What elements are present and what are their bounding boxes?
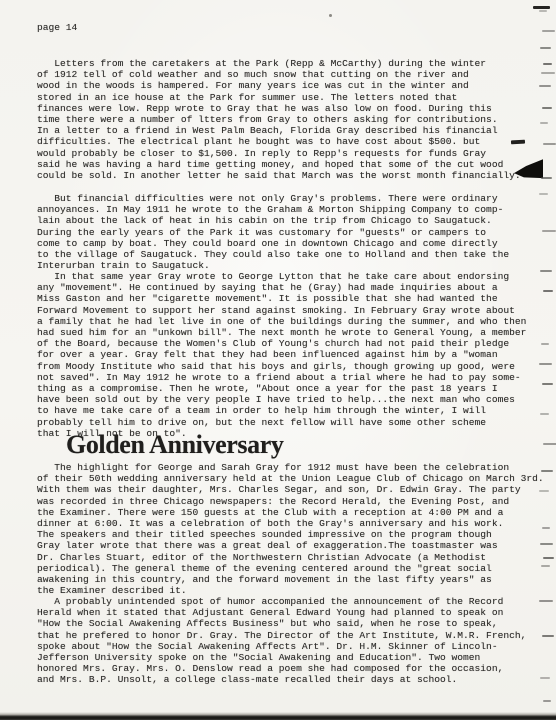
binding-mark — [539, 600, 553, 602]
binding-mark — [539, 490, 549, 492]
binding-mark — [541, 72, 555, 74]
binding-mark — [542, 230, 556, 232]
binding-mark — [542, 635, 554, 637]
binding-mark — [539, 85, 551, 87]
scan-mark-right-dash — [511, 140, 525, 145]
binding-mark — [540, 47, 551, 49]
binding-mark — [539, 363, 552, 365]
binding-mark — [543, 700, 551, 702]
binding-mark — [543, 63, 552, 65]
binding-mark — [543, 290, 553, 292]
binding-mark — [542, 383, 553, 385]
binding-mark — [542, 527, 550, 529]
page-number-label: page 14 — [37, 22, 77, 33]
paragraph-anniversary-celebration: The highlight for George and Sarah Gray … — [37, 462, 544, 596]
binding-mark — [540, 543, 553, 545]
scan-mark-top-right — [533, 6, 550, 9]
binding-mark — [540, 677, 550, 679]
binding-mark — [541, 343, 549, 345]
section-heading-golden-anniversary: Golden Anniversary — [66, 431, 283, 459]
paragraph-speeches-humor: A probably unintended spot of humor acco… — [37, 596, 526, 686]
paragraph-financial-difficulties: But financial difficulties were not only… — [37, 193, 509, 271]
binding-mark — [543, 557, 554, 559]
binding-mark — [542, 30, 555, 32]
binding-mark — [540, 270, 552, 272]
binding-mark — [541, 565, 550, 567]
paragraph-movements-and-trials: In that same year Gray wrote to George L… — [37, 271, 526, 439]
scan-speck — [329, 14, 332, 17]
binding-mark — [542, 107, 552, 109]
binding-mark — [541, 470, 553, 472]
binding-mark — [539, 10, 547, 12]
scan-bottom-edge — [0, 712, 556, 720]
binding-mark — [541, 177, 552, 179]
paragraph-caretaker-letters: Letters from the caretakers at the Park … — [37, 58, 521, 181]
binding-mark — [540, 122, 548, 124]
scanned-typewritten-page: page 14 Letters from the caretakers at t… — [0, 0, 556, 720]
binding-mark — [540, 413, 549, 415]
binding-mark — [543, 143, 556, 145]
binding-mark — [539, 193, 548, 195]
binding-mark — [543, 443, 556, 445]
